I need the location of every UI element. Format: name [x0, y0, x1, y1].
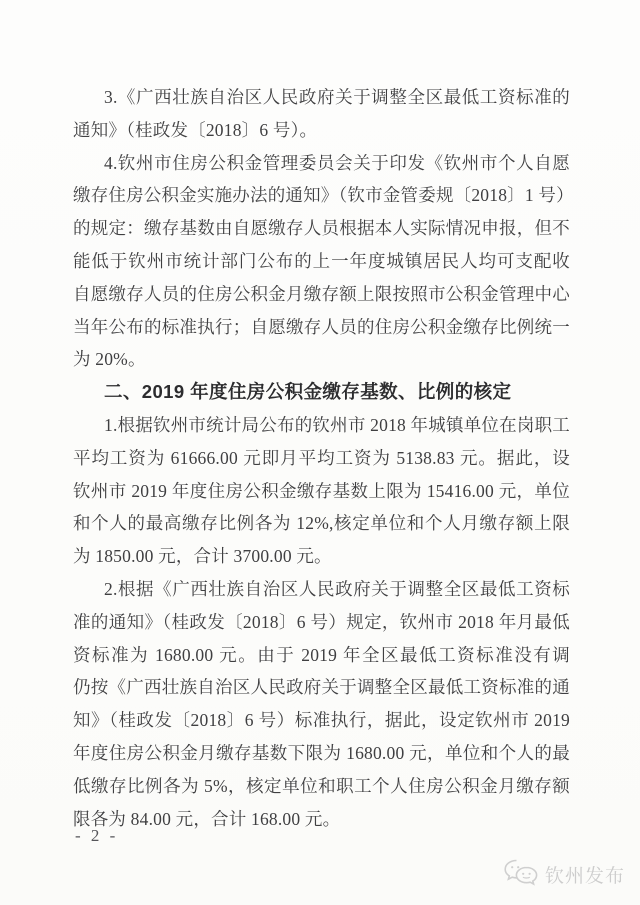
text-line: 为 20%。: [73, 343, 570, 376]
text-line: 仍按《广西壮族自治区人民政府关于调整全区最低工资标准的通: [73, 671, 570, 704]
section-heading: 二、2019 年度住房公积金缴存基数、比例的核定: [73, 376, 570, 409]
document-content: 3.《广西壮族自治区人民政府关于调整全区最低工资标准的通知》（桂政发〔2018〕…: [73, 81, 570, 835]
text-line: 通知》（桂政发〔2018〕6 号）。: [73, 114, 570, 147]
text-line: 年度住房公积金月缴存基数下限为 1680.00 元，单位和个人的最: [73, 737, 570, 770]
chat-bubbles-logo-icon: [502, 858, 540, 890]
text-line: 能低于钦州市统计部门公布的上一年度城镇居民人均可支配收入，: [73, 245, 570, 278]
text-line: 缴存住房公积金实施办法的通知》（钦市金管委规〔2018〕1 号）: [73, 179, 570, 212]
text-line: 2.根据《广西壮族自治区人民政府关于调整全区最低工资标: [73, 573, 570, 606]
text-line: 平均工资为 61666.00 元即月平均工资为 5138.83 元。据此，设定: [73, 442, 570, 475]
text-line: 自愿缴存人员的住房公积金月缴存额上限按照市公积金管理中心: [73, 278, 570, 311]
text-line: 低缴存比例各为 5%，核定单位和职工个人住房公积金月缴存额下: [73, 770, 570, 803]
text-line: 知》（桂政发〔2018〕6 号）标准执行，据此，设定钦州市 2019: [73, 704, 570, 737]
text-line: 3.《广西壮族自治区人民政府关于调整全区最低工资标准的: [73, 81, 570, 114]
text-line: 为 1850.00 元，合计 3700.00 元。: [73, 540, 570, 573]
text-line: 4.钦州市住房公积金管理委员会关于印发《钦州市个人自愿: [73, 147, 570, 180]
text-line: 资标准为 1680.00 元。由于 2019 年全区最低工资标准没有调整，: [73, 639, 570, 672]
text-line: 限各为 84.00 元，合计 168.00 元。: [73, 803, 570, 836]
text-line: 和个人的最高缴存比例各为 12%,核定单位和个人月缴存额上限各: [73, 507, 570, 540]
page-number: - 2 -: [75, 826, 118, 846]
scanned-document-page: 3.《广西壮族自治区人民政府关于调整全区最低工资标准的通知》（桂政发〔2018〕…: [0, 0, 640, 905]
text-line: 准的通知》（桂政发〔2018〕6 号）规定，钦州市 2018 年月最低工: [73, 606, 570, 639]
watermark-label: 钦州发布: [545, 861, 625, 888]
text-line: 当年公布的标准执行；自愿缴存人员的住房公积金缴存比例统一: [73, 311, 570, 344]
text-line: 钦州市 2019 年度住房公积金缴存基数上限为 15416.00 元，单位: [73, 475, 570, 508]
text-line: 的规定：缴存基数由自愿缴存人员根据本人实际情况申报，但不: [73, 212, 570, 245]
text-line: 1.根据钦州市统计局公布的钦州市 2018 年城镇单位在岗职工: [73, 409, 570, 442]
watermark: 钦州发布: [502, 858, 625, 890]
